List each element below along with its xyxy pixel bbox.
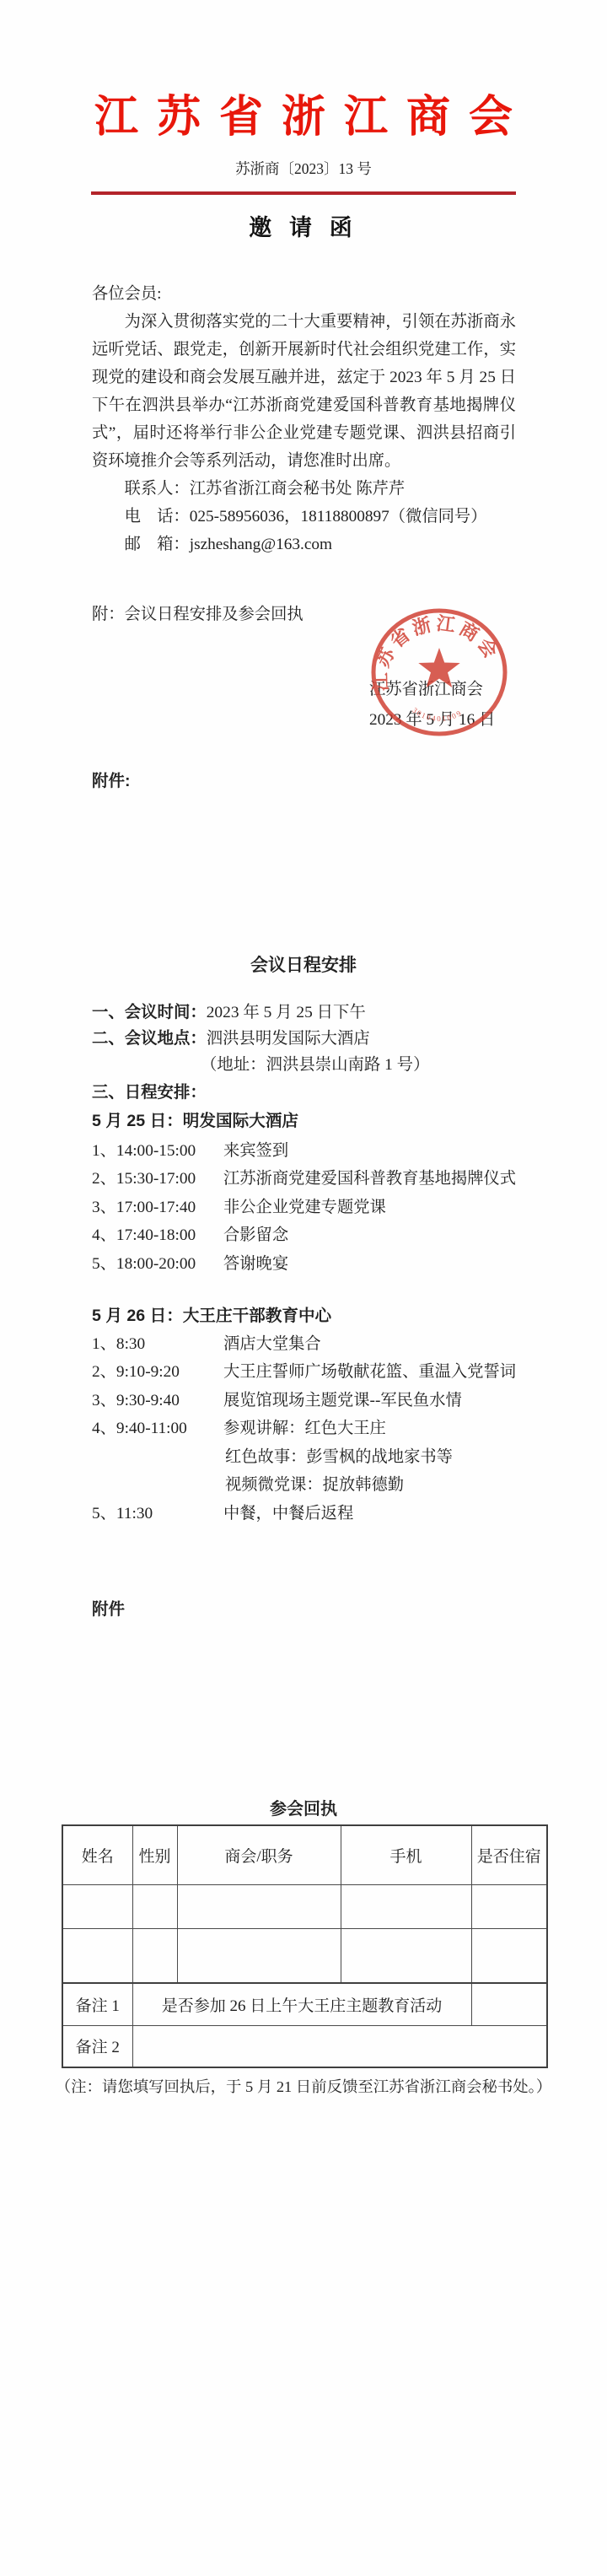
schedule-item: 5、18:00-20:00答谢晚宴: [92, 1250, 288, 1274]
day1-heading: 5 月 25 日：明发国际大酒店: [92, 1107, 298, 1131]
item-time: 9:30-9:40: [116, 1392, 180, 1409]
item-no: 2、: [92, 1170, 116, 1188]
item-activity-extra: 红色故事：彭雪枫的战地家书等: [225, 1443, 453, 1467]
item-no: 1、: [92, 1335, 116, 1353]
item-no: 4、: [92, 1226, 116, 1244]
agenda-label: 三、日程安排：: [92, 1083, 207, 1102]
reply-footnote: （注：请您填写回执后，于 5 月 21 日前反馈至江苏省浙江商会秘书处。）: [0, 2075, 607, 2097]
empty-cell: [471, 1928, 547, 1983]
day2-heading: 5 月 26 日：大王庄干部教育中心: [92, 1301, 331, 1326]
meeting-place-line: 二、会议地点：泗洪县明发国际大酒店: [92, 1025, 370, 1048]
item-activity: 展览馆现场主题党课--军民鱼水情: [223, 1392, 462, 1409]
appendix-label: 附件: [92, 1596, 125, 1619]
letter-title: 邀 请 函: [0, 209, 607, 242]
note2-row: 备注 2: [62, 2025, 547, 2067]
item-activity: 来宾签到: [223, 1142, 288, 1160]
schedule-item: 5、11:30中餐，中餐后返程: [92, 1500, 353, 1523]
meeting-time-line: 一、会议时间：2023 年 5 月 25 日下午: [92, 999, 366, 1022]
empty-cell: [62, 1928, 132, 1983]
item-activity: 酒店大堂集合: [223, 1335, 321, 1353]
contact-phone: 电 话：025-58956036，18118800897（微信同号）: [92, 503, 516, 531]
header-gender: 性别: [132, 1825, 177, 1884]
salutation: 各位会员:: [92, 280, 516, 308]
note2-text: [132, 2025, 547, 2067]
agenda-label-line: 三、日程安排：: [92, 1079, 207, 1102]
item-no: 2、: [92, 1363, 116, 1381]
item-time: 9:40-11:00: [116, 1420, 187, 1437]
item-activity: 答谢晚宴: [223, 1255, 288, 1273]
item-time: 11:30: [116, 1505, 153, 1522]
reply-form-table: 姓名 性别 商会/职务 手机 是否住宿 备注 1: [62, 1824, 546, 2068]
svg-text:3010401009: 3010401009: [411, 706, 464, 723]
official-seal-stamp: 江苏省浙江商会 3010401009: [369, 607, 509, 739]
org-title: 江苏省浙江商会: [0, 81, 607, 144]
empty-cell: [341, 1884, 471, 1928]
item-time: 18:00-20:00: [116, 1255, 196, 1273]
red-divider-rule: [91, 191, 516, 195]
schedule-item: 3、17:00-17:40非公企业党建专题党课: [92, 1194, 386, 1217]
item-no: 1、: [92, 1142, 116, 1160]
document-page: 江苏省浙江商会 苏浙商〔2023〕13 号 邀 请 函 各位会员: 为深入贯彻落…: [0, 0, 607, 2576]
schedule-item: 4、9:40-11:00参观讲解：红色大王庄: [92, 1415, 386, 1438]
item-activity: 合影留念: [223, 1226, 288, 1244]
item-no: 5、: [92, 1505, 116, 1522]
schedule-item: 1、14:00-15:00来宾签到: [92, 1137, 288, 1161]
meeting-time-label: 一、会议时间：: [92, 1003, 207, 1021]
seal-serial: 3010401009: [411, 706, 464, 723]
item-activity: 中餐，中餐后返程: [223, 1505, 353, 1522]
meeting-time-value: 2023 年 5 月 25 日下午: [207, 1004, 366, 1021]
header-name: 姓名: [62, 1825, 132, 1884]
item-no: 5、: [92, 1255, 116, 1273]
schedule-item: 1、8:30酒店大堂集合: [92, 1330, 321, 1354]
meeting-place-label: 二、会议地点：: [92, 1029, 207, 1048]
contact-email: 邮 箱：jszheshang@163.com: [92, 531, 516, 558]
header-lodging: 是否住宿: [471, 1825, 547, 1884]
letter-body: 各位会员: 为深入贯彻落实党的二十大重要精神，引领在苏浙商永远听党话、跟党走，创…: [92, 280, 516, 558]
item-activity: 江苏浙商党建爱国科普教育基地揭牌仪式: [223, 1170, 516, 1188]
table-header-row: 姓名 性别 商会/职务 手机 是否住宿: [62, 1825, 547, 1884]
body-paragraph: 为深入贯彻落实党的二十大重要精神，引领在苏浙商永远听党话、跟党走，创新开展新时代…: [92, 308, 516, 475]
schedule-item: 4、17:40-18:00合影留念: [92, 1221, 288, 1245]
attachment-note: 附：会议日程安排及参会回执: [92, 601, 303, 624]
schedule-item: 3、9:30-9:40展览馆现场主题党课--军民鱼水情: [92, 1387, 462, 1410]
schedule-item: 2、9:10-9:20大王庄誓师广场敬献花篮、重温入党誓词: [92, 1358, 516, 1382]
schedule-section-title: 会议日程安排: [0, 951, 607, 977]
attachment-label: 附件:: [92, 768, 131, 791]
meeting-place-value: 泗洪县明发国际大酒店: [207, 1030, 370, 1048]
meeting-address: （地址：泗洪县崇山南路 1 号）: [201, 1051, 429, 1075]
empty-cell: [132, 1884, 177, 1928]
note1-row: 备注 1 是否参加 26 日上午大王庄主题教育活动: [62, 1983, 547, 2025]
item-time: 14:00-15:00: [116, 1142, 196, 1160]
item-time: 15:30-17:00: [116, 1170, 196, 1188]
empty-cell: [177, 1928, 341, 1983]
empty-cell: [177, 1884, 341, 1928]
doc-number: 苏浙商〔2023〕13 号: [0, 158, 607, 179]
header-mobile: 手机: [341, 1825, 471, 1884]
item-time: 9:10-9:20: [116, 1363, 180, 1381]
item-time: 8:30: [116, 1335, 145, 1353]
reply-form-title: 参会回执: [0, 1795, 607, 1819]
empty-cell: [471, 1884, 547, 1928]
item-time: 17:00-17:40: [116, 1199, 196, 1216]
seal-star-icon: [418, 648, 459, 687]
note1-text: 是否参加 26 日上午大王庄主题教育活动: [132, 1983, 471, 2025]
item-activity-extra: 视频微党课：捉放韩德勤: [225, 1471, 404, 1495]
item-no: 3、: [92, 1392, 116, 1409]
item-no: 3、: [92, 1199, 116, 1216]
item-time: 17:40-18:00: [116, 1226, 196, 1244]
contact-person: 联系人：江苏省浙江商会秘书处 陈芹芹: [92, 475, 516, 503]
header-org-position: 商会/职务: [177, 1825, 341, 1884]
item-activity: 参观讲解：红色大王庄: [223, 1420, 386, 1437]
table-row: [62, 1928, 547, 1983]
item-activity: 非公企业党建专题党课: [223, 1199, 386, 1216]
schedule-item: 2、15:30-17:00江苏浙商党建爱国科普教育基地揭牌仪式: [92, 1165, 516, 1188]
note2-label: 备注 2: [62, 2025, 132, 2067]
empty-cell: [341, 1928, 471, 1983]
item-activity: 大王庄誓师广场敬献花篮、重温入党誓词: [223, 1363, 516, 1381]
note1-label: 备注 1: [62, 1983, 132, 2025]
empty-cell: [132, 1928, 177, 1983]
empty-cell: [471, 1983, 547, 2025]
table-row: [62, 1884, 547, 1928]
item-no: 4、: [92, 1420, 116, 1437]
empty-cell: [62, 1884, 132, 1928]
